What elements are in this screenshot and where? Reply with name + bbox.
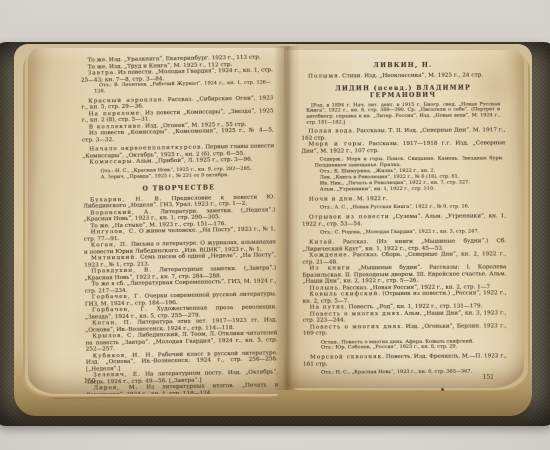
bib-entry: Отз.: Н. С., „Красная Новь“, 1923 г., кн…	[316, 370, 505, 377]
entry-title: Китай	[309, 240, 333, 246]
entry-title: Ковыль скифский	[310, 291, 379, 297]
entry-title: Полынь	[309, 285, 338, 291]
entry-title: Повесть о многих днях	[310, 311, 401, 318]
entry-title: Моря и горы	[308, 142, 362, 148]
entry-title: Лиров, М.	[93, 385, 138, 392]
entry-title: Коган, П.	[91, 242, 129, 249]
author-heading: О ТВОРЧЕСТВЕ	[83, 183, 275, 193]
entry-title: Ночи и дни	[309, 196, 353, 202]
bib-entry: Повесть о многих днях. Изд. „Огоньки“, Б…	[303, 323, 507, 337]
bib-entry: Полымя. Стихи. Изд. „Неоклассика“, М. 19…	[301, 72, 505, 80]
bib-entry: Лиров, М. Из литературных итогов. „Печат…	[86, 382, 278, 394]
bib-entry: Из книги „Мышиные будни“. Рассказы: I. К…	[302, 264, 506, 285]
bib-entry: Отрывок из повести „Сузема“. Альм. „Утре…	[302, 213, 506, 227]
entry-title: Красный аэроплан	[88, 97, 162, 104]
entry-title: Бухарин, Н. В.	[90, 196, 162, 203]
right-page-text: ЛИВКИН, Н.Полымя. Стихи. Изд. „Неокласси…	[301, 56, 507, 377]
entry-title: Полая вода	[308, 129, 352, 135]
bib-entry: А. Зорич, „Правда“, 1925 г., № 231 от 9 …	[96, 172, 273, 181]
entry-title: На путях	[310, 304, 345, 310]
bib-entry: Отз.: А. С., „Новая Русская Книга“, 1922…	[315, 205, 504, 212]
entry-title: Кубиков, И. Н.	[93, 352, 155, 359]
entry-title: Хождение	[309, 252, 348, 258]
entry-title: Митницкий.	[91, 255, 138, 262]
red-speck	[441, 388, 444, 391]
page-number-right: 151	[483, 374, 494, 381]
bib-entry: Ночи и дни. М. 1922 г.	[302, 195, 506, 203]
entry-title: Зелевич, Е.	[93, 372, 141, 379]
bib-entry: Моря и горы. Рассказы. 1917—1918 г.г. Из…	[301, 141, 505, 155]
entry-title: Воронский, А.	[90, 209, 152, 216]
entry-title: Полымя	[308, 73, 339, 79]
page-number-left: 150	[84, 378, 95, 385]
entry-title: Коган, П.	[92, 320, 132, 327]
bib-entry: Альм. „Утренники“, кн. 1, 1922 г., стр. …	[315, 186, 504, 193]
entry-title: На переломе	[89, 110, 141, 117]
bib-entry: Отз.: Юр. Соболев, „Россия“, 1923 г., кн…	[316, 345, 505, 352]
entry-title: Горбачев, Г.	[92, 294, 142, 301]
entry-title: Повесть о многих днях	[310, 324, 402, 331]
entry-title: Комиссары	[89, 159, 132, 166]
left-page: То же. Изд. „Уралкнига“, Екатеринбург. 1…	[28, 48, 284, 394]
entry-title: Начало окрвоенполиткурсов	[89, 145, 201, 153]
bib-entry: Морской сквозняк. Повесть. Изд. Френкель…	[303, 354, 507, 368]
entry-title: Морской сквозняк	[310, 355, 382, 362]
bib-entry: [Род. в 1894 г. Нач. лит. деят. в 1915 г…	[306, 102, 500, 126]
author-heading: ЛИДИН (псевд.) ВЛАДИМИР ГЕРМАНОВИЧ	[301, 84, 505, 99]
entry-title: Завтра	[88, 70, 114, 76]
entry-title: Ингулов, С.	[91, 229, 137, 236]
bib-entry: Отз.: С. Родова, „Молодая Гвардия“, 1922…	[315, 229, 504, 236]
right-page: ЛИВКИН, Н.Полымя. Стихи. Изд. „Неокласси…	[286, 50, 524, 388]
author-heading: ЛИВКИН, Н.	[301, 61, 505, 69]
entry-title: Отрывок из повести	[309, 214, 390, 221]
book-photo: То же. Изд. „Уралкнига“, Екатеринбург. 1…	[0, 0, 550, 450]
bib-entry: Из повести „Комиссары“. „Комсомолия“, 19…	[82, 128, 274, 144]
left-page-text: То же. Изд. „Уралкнига“, Екатеринбург. 1…	[81, 54, 280, 394]
entry-title: Из книги	[309, 265, 350, 271]
bib-entry: Отз.: В. Леонтьев, „Рабочий Журнал“, 192…	[94, 80, 271, 95]
entry-title: Горбачев, Г.	[92, 307, 148, 314]
entry-title: Правдухин, В.	[91, 268, 152, 275]
entry-title: Крылов, С.	[92, 333, 135, 340]
